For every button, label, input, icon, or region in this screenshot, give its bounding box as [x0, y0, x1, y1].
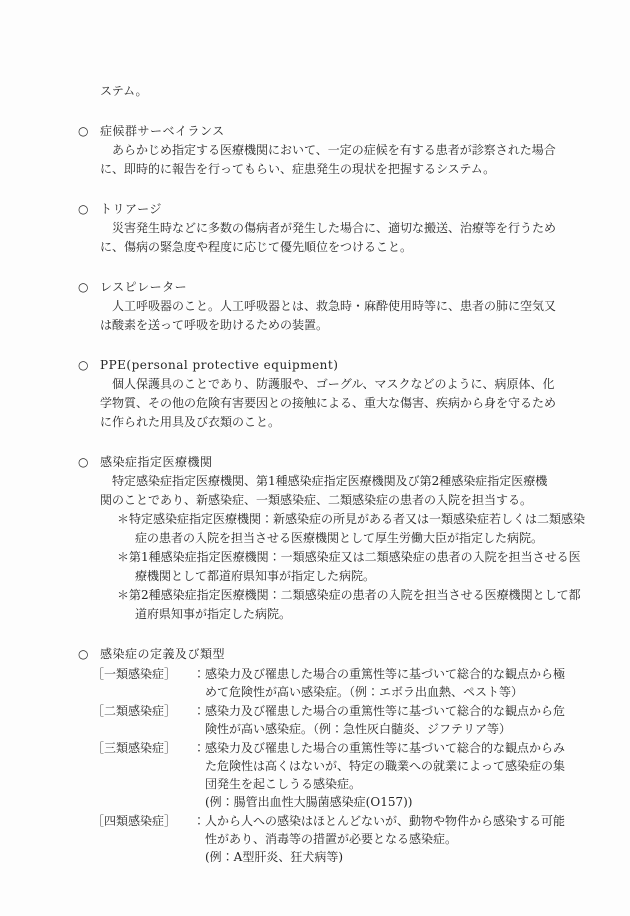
note-item: ＊第1種感染症指定医療機関：一類感染症又は二類感染症の患者の入院を担当させる医療…	[117, 548, 585, 586]
definition-paragraph: 特定感染症指定医療機関、第1種感染症指定医療機関及び第2種感染症指定医療機関のこ…	[100, 472, 558, 510]
entry-header: ○ 感染症指定医療機関	[78, 453, 572, 472]
glossary-entry: ○ PPE(personal protective equipment) 個人保…	[78, 356, 572, 432]
category-row: ［二類感染症］ ：感染力及び罹患した場合の重篤性等に基づいて総合的な観点から危険…	[92, 702, 572, 738]
category-definition-text: ：人から人への感染はほとんどないが、動物や物件から感染する可能性があり、消毒等の…	[193, 814, 565, 846]
entry-header: ○ トリアージ	[78, 200, 572, 219]
category-row: ［三類感染症］ ：感染力及び罹患した場合の重篤性等に基づいて総合的な観点からみた…	[92, 739, 572, 811]
circle-bullet-icon: ○	[78, 453, 100, 472]
definition-paragraph: 個人保護具のことであり、防護服や、ゴーグル、マスクなどのように、病原体、化学物質…	[100, 375, 558, 432]
definition-paragraph: 災害発生時などに多数の傷病者が発生した場合に、適切な搬送、治療等を行うために、傷…	[100, 219, 558, 257]
category-label: ［二類感染症］	[92, 702, 188, 738]
circle-bullet-icon: ○	[78, 200, 100, 219]
glossary-entry: ○ 感染症の定義及び類型 ［一類感染症］ ：感染力及び罹患した場合の重篤性等に基…	[78, 645, 572, 866]
term-heading: PPE(personal protective equipment)	[100, 356, 338, 375]
circle-bullet-icon: ○	[78, 278, 100, 297]
note-item: ＊第2種感染症指定医療機関：二類感染症の患者の入院を担当させる医療機関として都道…	[117, 586, 585, 624]
category-list: ［一類感染症］ ：感染力及び罹患した場合の重篤性等に基づいて総合的な観点から極め…	[78, 665, 572, 866]
category-example: (例：腸管出血性大腸菌感染症(O157))	[205, 793, 572, 811]
term-heading: 感染症の定義及び類型	[100, 645, 225, 664]
glossary-entry: ○ トリアージ 災害発生時などに多数の傷病者が発生した場合に、適切な搬送、治療等…	[78, 200, 572, 257]
glossary-entry: ○ 症候群サーベイランス あらかじめ指定する医療機関において、一定の症候を有する…	[78, 122, 572, 179]
entry-header: ○ PPE(personal protective equipment)	[78, 356, 572, 375]
continuation-fragment: ステム。	[100, 82, 572, 101]
category-definition: ：感染力及び罹患した場合の重篤性等に基づいて総合的な観点からみた危険性は高くはな…	[193, 739, 572, 811]
definition-paragraph: あらかじめ指定する医療機関において、一定の症候を有する患者が診察された場合に、即…	[100, 141, 558, 179]
term-heading: 症候群サーベイランス	[100, 122, 225, 141]
note-item: ＊特定感染症指定医療機関：新感染症の所見がある者又は一類感染症若しくは二類感染症…	[117, 510, 585, 548]
circle-bullet-icon: ○	[78, 645, 100, 664]
glossary-entry: ○ 感染症指定医療機関 特定感染症指定医療機関、第1種感染症指定医療機関及び第2…	[78, 453, 572, 624]
definition-paragraph: 人工呼吸器のこと。人工呼吸器とは、救急時・麻酔使用時等に、患者の肺に空気又は酸素…	[100, 297, 558, 335]
category-row: ［四類感染症］ ：人から人への感染はほとんどないが、動物や物件から感染する可能性…	[92, 812, 572, 866]
circle-bullet-icon: ○	[78, 356, 100, 375]
circle-bullet-icon: ○	[78, 122, 100, 141]
category-row: ［一類感染症］ ：感染力及び罹患した場合の重篤性等に基づいて総合的な観点から極め…	[92, 665, 572, 701]
category-label: ［一類感染症］	[92, 665, 188, 701]
category-definition-text: ：感染力及び罹患した場合の重篤性等に基づいて総合的な観点からみた危険性は高くはな…	[193, 741, 565, 791]
category-definition: ：感染力及び罹患した場合の重篤性等に基づいて総合的な観点から極めて危険性が高い感…	[193, 665, 572, 701]
entry-header: ○ 感染症の定義及び類型	[78, 645, 572, 664]
category-definition: ：感染力及び罹患した場合の重篤性等に基づいて総合的な観点から危険性が高い感染症。…	[193, 702, 572, 738]
glossary-entry: ○ レスピレーター 人工呼吸器のこと。人工呼吸器とは、救急時・麻酔使用時等に、患…	[78, 278, 572, 335]
category-definition: ：人から人への感染はほとんどないが、動物や物件から感染する可能性があり、消毒等の…	[193, 812, 572, 866]
term-heading: 感染症指定医療機関	[100, 453, 213, 472]
term-heading: レスピレーター	[100, 278, 187, 297]
entry-header: ○ レスピレーター	[78, 278, 572, 297]
category-example: (例：A型肝炎、狂犬病等)	[205, 848, 572, 866]
term-heading: トリアージ	[100, 200, 162, 219]
category-label: ［三類感染症］	[92, 739, 188, 811]
category-label: ［四類感染症］	[92, 812, 188, 866]
glossary-page: ステム。 ○ 症候群サーベイランス あらかじめ指定する医療機関において、一定の症…	[0, 0, 630, 916]
entry-header: ○ 症候群サーベイランス	[78, 122, 572, 141]
